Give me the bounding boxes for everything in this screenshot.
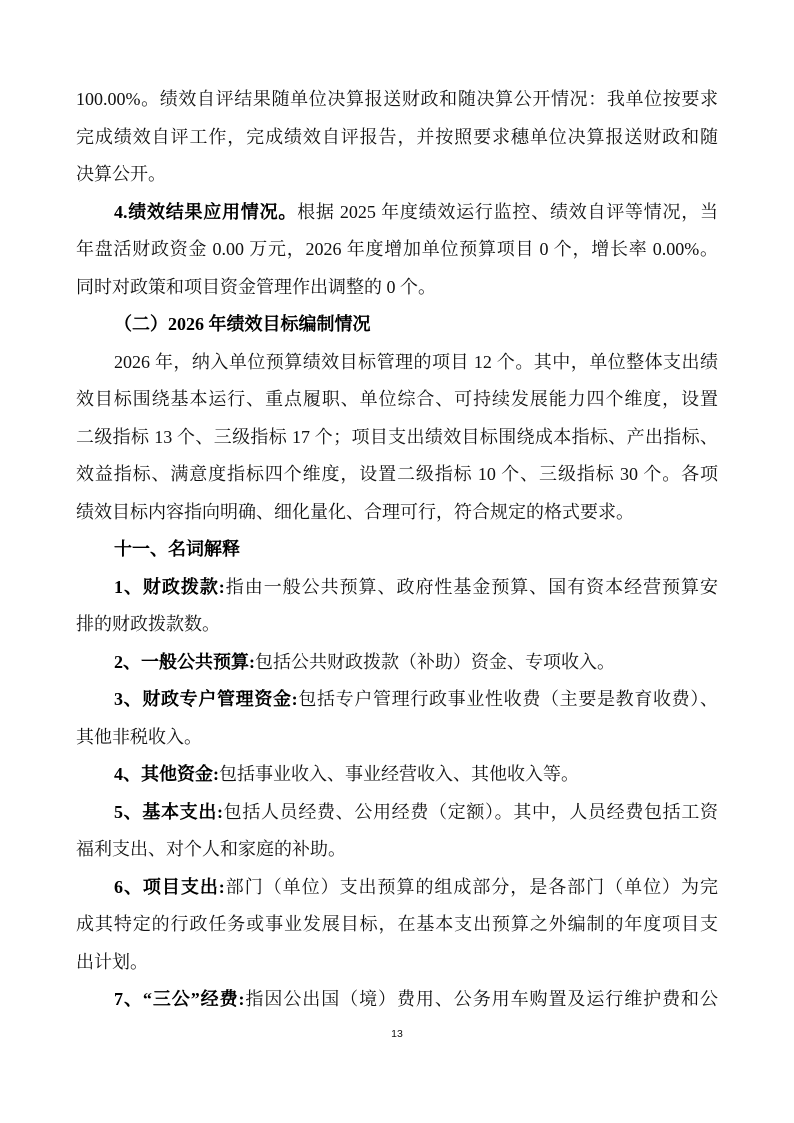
text-line: 完成绩效自评工作，完成绩效自评报告，并按照要求穗单位决算报送财政和随	[76, 119, 718, 157]
text-line: 其他非税收入。	[76, 719, 718, 757]
line-text: 二级指标 13 个、三级指标 17 个；项目支出绩效目标围绕成本指标、产出指标、	[76, 427, 718, 447]
definition-other-funds: 4、其他资金:包括事业收入、事业经营收入、其他收入等。	[76, 756, 718, 794]
definition-term: 4、其他资金:	[114, 764, 219, 784]
paragraph-self-evaluation-disclosure: 100.00%。绩效自评结果随单位决算报送财政和随决算公开情况：我单位按要求 完…	[76, 81, 718, 194]
text-line: 5、基本支出:包括人员经费、公用经费（定额）。其中，人员经费包括工资	[76, 794, 718, 832]
line-text: 完成绩效自评工作，完成绩效自评报告，并按照要求穗单位决算报送财政和随	[76, 127, 718, 147]
line-text: 指因公出国（境）费用、公务用车购置及运行维护费和公	[245, 989, 718, 1009]
definition-term: 6、项目支出:	[114, 877, 225, 897]
text-line: 4、其他资金:包括事业收入、事业经营收入、其他收入等。	[76, 756, 718, 794]
line-text: 排的财政拨款数。	[76, 614, 220, 634]
definition-special-account-funds: 3、财政专户管理资金:包括专户管理行政事业性收费（主要是教育收费）、 其他非税收…	[76, 681, 718, 756]
definition-term: 7、“三公”经费:	[114, 989, 245, 1009]
text-line: 1、财政拨款:指由一般公共预算、政府性基金预算、国有资本经营预算安	[76, 569, 718, 607]
text-line: 4.绩效结果应用情况。根据 2025 年度绩效运行监控、绩效自评等情况，当	[76, 194, 718, 232]
section-heading-2026-targets: （二）2026 年绩效目标编制情况	[76, 306, 718, 344]
line-text: 绩效目标内容指向明确、细化量化、合理可行，符合规定的格式要求。	[76, 502, 634, 522]
line-text: 同时对政策和项目资金管理作出调整的 0 个。	[76, 277, 436, 297]
section-heading-glossary: 十一、名词解释	[76, 531, 718, 569]
definition-term: 5、基本支出:	[114, 802, 223, 822]
definition-term: 3、财政专户管理资金:	[114, 689, 298, 709]
text-line: 100.00%。绩效自评结果随单位决算报送财政和随决算公开情况：我单位按要求	[76, 81, 718, 119]
line-text: 指由一般公共预算、政府性基金预算、国有资本经营预算安	[225, 577, 718, 597]
line-text: 福利支出、对个人和家庭的补助。	[76, 839, 346, 859]
text-line: 绩效目标内容指向明确、细化量化、合理可行，符合规定的格式要求。	[76, 494, 718, 532]
text-line: 2026 年，纳入单位预算绩效目标管理的项目 12 个。其中，单位整体支出绩	[76, 344, 718, 382]
text-line: 决算公开。	[76, 156, 718, 194]
line-text: 包括专户管理行政事业性收费（主要是教育收费）、	[298, 689, 718, 709]
line-text: 决算公开。	[76, 164, 166, 184]
definition-term: 2、一般公共预算:	[114, 652, 255, 672]
definition-three-public-expenses: 7、“三公”经费:指因公出国（境）费用、公务用车购置及运行维护费和公	[76, 981, 718, 1019]
line-text: 年盘活财政资金 0.00 万元，2026 年度增加单位预算项目 0 个，增长率 …	[76, 239, 718, 259]
line-text: 包括人员经费、公用经费（定额）。其中，人员经费包括工资	[223, 802, 718, 822]
text-line: 3、财政专户管理资金:包括专户管理行政事业性收费（主要是教育收费）、	[76, 681, 718, 719]
line-text: 其他非税收入。	[76, 727, 202, 747]
text-line: 效益指标、满意度指标四个维度，设置二级指标 10 个、三级指标 30 个。各项	[76, 456, 718, 494]
heading-text: 十一、名词解释	[114, 539, 240, 559]
page-number: 13	[0, 1028, 794, 1040]
heading-text: （二）2026 年绩效目标编制情况	[114, 314, 371, 334]
definition-basic-expenditure: 5、基本支出:包括人员经费、公用经费（定额）。其中，人员经费包括工资 福利支出、…	[76, 794, 718, 869]
heading-line: 十一、名词解释	[76, 531, 718, 569]
line-text: 100.00%。绩效自评结果随单位决算报送财政和随决算公开情况：我单位按要求	[76, 89, 718, 109]
line-text: 出计划。	[76, 952, 148, 972]
heading-line: （二）2026 年绩效目标编制情况	[76, 306, 718, 344]
text-line: 年盘活财政资金 0.00 万元，2026 年度增加单位预算项目 0 个，增长率 …	[76, 231, 718, 269]
line-text: 包括事业收入、事业经营收入、其他收入等。	[219, 764, 579, 784]
definition-fiscal-appropriation: 1、财政拨款:指由一般公共预算、政府性基金预算、国有资本经营预算安 排的财政拨款…	[76, 569, 718, 644]
text-line: 出计划。	[76, 944, 718, 982]
text-line: 福利支出、对个人和家庭的补助。	[76, 831, 718, 869]
line-text: 效目标围绕基本运行、重点履职、单位综合、可持续发展能力四个维度，设置	[76, 389, 718, 409]
document-body: 100.00%。绩效自评结果随单位决算报送财政和随决算公开情况：我单位按要求 完…	[76, 81, 718, 1019]
line-text: 成其特定的行政任务或事业发展目标，在基本支出预算之外编制的年度项目支	[76, 914, 718, 934]
line-text: 2026 年，纳入单位预算绩效目标管理的项目 12 个。其中，单位整体支出绩	[114, 352, 718, 372]
text-line: 6、项目支出:部门（单位）支出预算的组成部分，是各部门（单位）为完	[76, 869, 718, 907]
text-line: 二级指标 13 个、三级指标 17 个；项目支出绩效目标围绕成本指标、产出指标、	[76, 419, 718, 457]
paragraph-label: 4.绩效结果应用情况。	[114, 202, 297, 222]
line-text: 效益指标、满意度指标四个维度，设置二级指标 10 个、三级指标 30 个。各项	[76, 464, 718, 484]
line-text: 根据 2025 年度绩效运行监控、绩效自评等情况，当	[297, 202, 718, 222]
text-line: 7、“三公”经费:指因公出国（境）费用、公务用车购置及运行维护费和公	[76, 981, 718, 1019]
definition-project-expenditure: 6、项目支出:部门（单位）支出预算的组成部分，是各部门（单位）为完 成其特定的行…	[76, 869, 718, 982]
paragraph-results-application: 4.绩效结果应用情况。根据 2025 年度绩效运行监控、绩效自评等情况，当 年盘…	[76, 194, 718, 307]
definition-term: 1、财政拨款:	[114, 577, 225, 597]
text-line: 2、一般公共预算:包括公共财政拨款（补助）资金、专项收入。	[76, 644, 718, 682]
line-text: 部门（单位）支出预算的组成部分，是各部门（单位）为完	[225, 877, 718, 897]
text-line: 成其特定的行政任务或事业发展目标，在基本支出预算之外编制的年度项目支	[76, 906, 718, 944]
paragraph-2026-targets: 2026 年，纳入单位预算绩效目标管理的项目 12 个。其中，单位整体支出绩 效…	[76, 344, 718, 532]
definition-general-public-budget: 2、一般公共预算:包括公共财政拨款（补助）资金、专项收入。	[76, 644, 718, 682]
text-line: 效目标围绕基本运行、重点履职、单位综合、可持续发展能力四个维度，设置	[76, 381, 718, 419]
line-text: 包括公共财政拨款（补助）资金、专项收入。	[255, 652, 615, 672]
text-line: 同时对政策和项目资金管理作出调整的 0 个。	[76, 269, 718, 307]
document-page: 100.00%。绩效自评结果随单位决算报送财政和随决算公开情况：我单位按要求 完…	[0, 0, 794, 1123]
text-line: 排的财政拨款数。	[76, 606, 718, 644]
